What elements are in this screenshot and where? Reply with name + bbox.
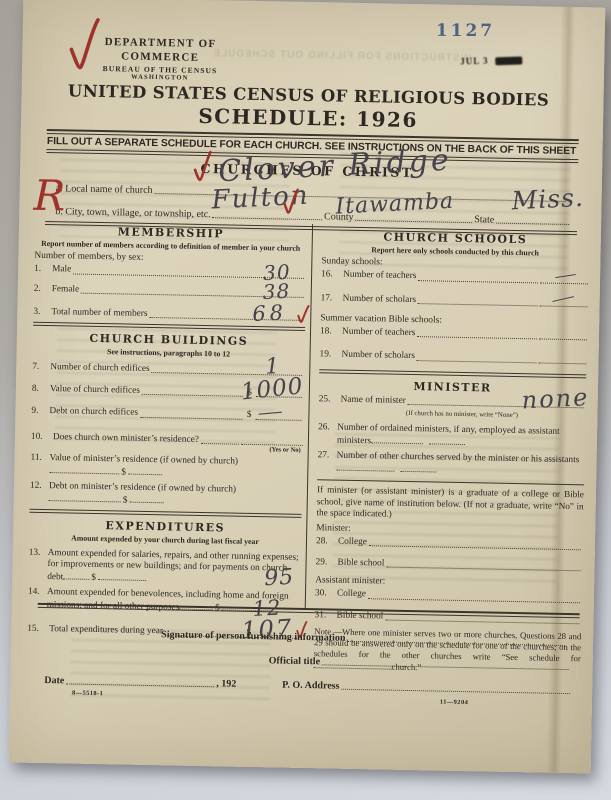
- dotted-line: [336, 462, 394, 472]
- dotted-line: [129, 494, 163, 504]
- handwritten-dash: —: [257, 402, 286, 424]
- question-number: 30.: [315, 589, 337, 601]
- date-stamp: JUL 3: [460, 54, 523, 66]
- question-number: 10.: [31, 431, 53, 443]
- dotted-line: [496, 223, 569, 225]
- question-row-25: 25. Name of minister none: [319, 394, 586, 410]
- dollar-sign: $: [121, 468, 126, 478]
- question-row-9: 9. Debt on church edifices $ —: [31, 406, 303, 423]
- dotted-line: [66, 683, 214, 687]
- serial-number: 1127: [436, 21, 495, 41]
- question-number: 9.: [31, 406, 49, 418]
- question-label: Value of church edifices: [50, 384, 140, 397]
- question-label: Number of teachers: [342, 327, 416, 340]
- dotted-line: [418, 280, 538, 283]
- question-label: Female: [52, 284, 80, 296]
- question-number: 13.: [29, 547, 41, 559]
- dotted-line: [429, 436, 465, 446]
- handwritten-state: Miss.: [511, 183, 585, 216]
- question-label: Number of church edifices: [50, 362, 150, 375]
- question-row-18: 18. Number of teachers: [320, 326, 587, 342]
- dotted-line: [213, 217, 322, 220]
- red-checkmark-icon: [66, 15, 101, 74]
- form-paper: INSTRUCTIONS FOR FILLING OUT SCHEDULE DE…: [9, 0, 606, 774]
- question-label: Does church own minister’s residence?: [53, 432, 199, 446]
- dotted-line: [368, 598, 580, 603]
- question-number: 14.: [28, 586, 40, 598]
- dotted-line: [341, 689, 570, 694]
- dotted-line: [400, 463, 436, 473]
- question-row-2: 2. Female 38: [34, 283, 306, 300]
- question-row-16: 16. Number of teachers —: [321, 270, 588, 286]
- question-row-13: 13. Amount expended for salaries, repair…: [28, 547, 301, 588]
- question-number: 16.: [321, 270, 343, 282]
- dollar-sign: $: [91, 573, 96, 583]
- dotted-line: [140, 416, 243, 419]
- question-row-26: 26. Number of ordained ministers, if any…: [318, 422, 585, 452]
- question-number: 2.: [34, 283, 52, 295]
- question-label: College: [338, 536, 367, 548]
- right-column: CHURCH SCHOOLS Report here only schools …: [305, 224, 589, 613]
- red-initial-mark: R: [33, 175, 65, 218]
- question-row-8: 8. Value of church edifices $ 1000: [32, 384, 304, 401]
- question-number: 3.: [33, 307, 51, 319]
- form-columns: MEMBERSHIP Report number of members acco…: [28, 219, 589, 614]
- question-label: Total expenditures during year: [49, 624, 163, 638]
- question-number: 15.: [27, 624, 49, 636]
- question-number: 11.: [30, 453, 41, 465]
- question-number: 1.: [34, 264, 52, 276]
- question-label: College: [337, 589, 366, 601]
- dotted-line: [417, 360, 537, 363]
- dotted-line: [369, 545, 581, 550]
- dotted-line: [142, 394, 243, 397]
- question-label: Name of minister: [341, 394, 406, 407]
- question-label: Number of scholars: [343, 293, 417, 306]
- question-row-29: 29. Bible school: [315, 557, 582, 573]
- dotted-line: [418, 303, 538, 306]
- handwritten-salaries-amount: 95: [264, 565, 295, 593]
- dotted-line: [355, 220, 472, 223]
- question-row-1: 1. Male 30: [34, 264, 306, 281]
- red-checkmark-icon: [296, 305, 309, 329]
- dotted-line: [201, 443, 239, 445]
- handwritten-minister-name: none: [522, 383, 591, 416]
- question-number: 8.: [32, 384, 50, 396]
- dotted-line: [63, 571, 89, 580]
- question-number: 18.: [320, 326, 342, 338]
- question-label: Debt on church edifices: [49, 406, 138, 419]
- question-row-30: 30. College: [315, 589, 582, 605]
- dotted-line: [128, 466, 162, 476]
- left-column: MEMBERSHIP Report number of members acco…: [28, 219, 312, 608]
- question-row-3: 3. Total number of members 68: [33, 307, 305, 324]
- dotted-line: [98, 571, 146, 581]
- question-row-12: 12. Debt on minister’s residence (if own…: [30, 480, 302, 510]
- dotted-line: [386, 567, 580, 572]
- question-number: 7.: [32, 361, 50, 373]
- handwritten-total-members: 68: [252, 300, 288, 327]
- question-number: 19.: [319, 350, 341, 362]
- question-number: 27.: [318, 450, 330, 462]
- question-number: 12.: [30, 480, 42, 492]
- yes-or-no-hint: (Yes or No): [269, 446, 301, 455]
- official-title-label: Official title: [269, 655, 321, 667]
- question-label: Total number of members: [51, 307, 147, 320]
- dotted-line: [371, 435, 423, 445]
- po-address-label: P. O. Address: [282, 680, 339, 692]
- question-label: Male: [52, 264, 71, 276]
- dotted-line: [49, 464, 119, 474]
- scanned-census-form: INSTRUCTIONS FOR FILLING OUT SCHEDULE DE…: [0, 0, 611, 800]
- print-code: 11—9204: [440, 699, 468, 707]
- red-checkmark-icon: [192, 150, 213, 189]
- question-number: 28.: [316, 536, 338, 548]
- local-name-label: a. Local name of church: [56, 183, 153, 196]
- rule: [319, 369, 586, 378]
- question-row-19: 19. Number of scholars: [319, 350, 586, 366]
- answer-blank: [538, 362, 586, 364]
- state-label: State: [474, 214, 494, 225]
- question-label: Number of teachers: [343, 270, 417, 283]
- stamp-smudge: [495, 56, 522, 65]
- question-row-11: 11. Value of minister’s residence (if ow…: [30, 453, 302, 483]
- dotted-line: [49, 492, 121, 502]
- dotted-line: [385, 620, 579, 625]
- dollar-sign: $: [247, 410, 252, 421]
- date-label: Date: [44, 675, 64, 686]
- rule: [29, 509, 301, 518]
- red-checkmark-icon: [281, 187, 300, 220]
- question-number: 25.: [319, 394, 341, 406]
- question-row-27: 27. Number of other churches served by t…: [317, 450, 584, 480]
- question-row-17: 17. Number of scholars —: [321, 293, 588, 309]
- question-number: 29.: [315, 557, 337, 569]
- question-row-28: 28. College: [316, 536, 583, 552]
- date-stamp-text: JUL 3: [460, 56, 489, 67]
- question-row-10: 10. Does church own minister’s residence…: [31, 431, 303, 448]
- year-prefix: , 192: [216, 678, 236, 689]
- graduate-instruction-note: If minister (or assistant minister) is a…: [316, 485, 584, 525]
- question-label: Bible school: [337, 558, 384, 570]
- dotted-line: [417, 336, 537, 339]
- question-label: Number of scholars: [341, 350, 415, 363]
- dollar-sign: $: [123, 495, 128, 505]
- question-number: 17.: [321, 293, 343, 305]
- answer-blank: [539, 339, 587, 341]
- question-number: 26.: [318, 422, 330, 434]
